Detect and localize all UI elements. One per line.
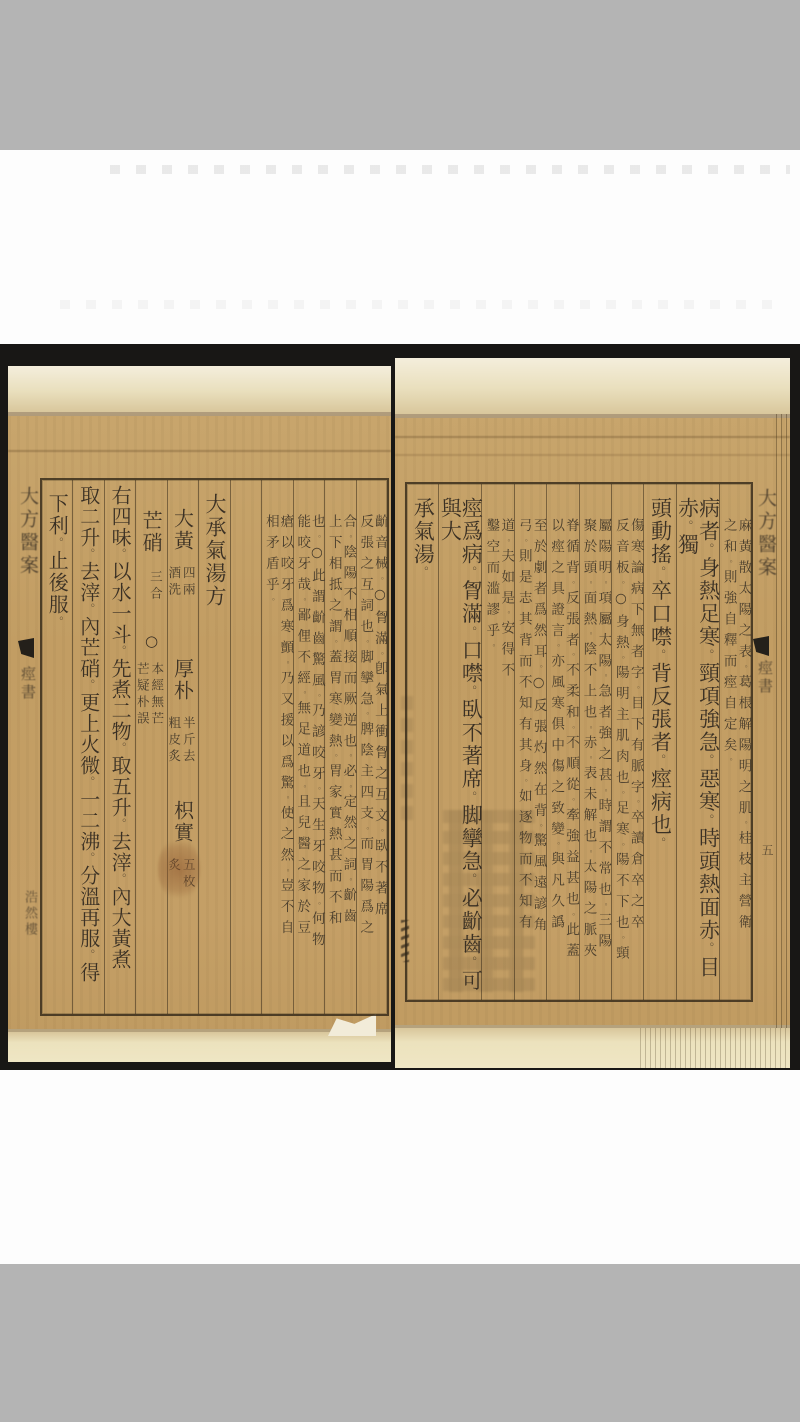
fold-publisher: 浩然樓 xyxy=(20,890,39,938)
fold-page-number: 五 xyxy=(759,844,776,856)
text-column: 頭動搖。卒口噤。背反張者。痙病也。 xyxy=(643,484,675,1000)
commentary-text: 相矛盾乎。 xyxy=(263,514,277,1014)
commentary-text: 瘡以咬牙爲寒顫。乃又援以爲驚。使之然。豈不自 xyxy=(278,514,292,1014)
formula-title: 大承氣湯方 xyxy=(204,493,225,1014)
drug-note: 粗皮炙 xyxy=(167,716,180,766)
text-column: 屬陽明。項屬太陽。急者強之甚。時謂不常也。三陽 聚於頭。面熱。陰不上也。赤。表未… xyxy=(579,484,611,1000)
circle-separator: ○ xyxy=(143,632,161,650)
canon-text: 承氣湯。 xyxy=(412,497,433,1000)
drug-dose: 半斤去 xyxy=(182,716,195,766)
commentary-text: 道。夫如是。安得不 xyxy=(499,518,513,1000)
commentary-text: 上下相抵之謂。蓋胃寒變熱。胃家實熱甚而不和 xyxy=(326,514,340,1014)
dose-note: 半斤去 粗皮炙 xyxy=(166,716,195,766)
scan-artifact-dashes xyxy=(110,165,790,174)
commentary-text: 傷寒論病下無者字。目下有脈字。卒讀倉卒之卒 xyxy=(628,518,642,1000)
drug-name: 大黃 xyxy=(169,508,198,552)
commentary-text: 麻黃散太陽之表。葛根解陽明之肌。桂枝主營衛 xyxy=(736,518,750,1000)
canon-text: 頭動搖。卒口噤。背反張者。痙病也。 xyxy=(649,497,670,1000)
text-frame-left: 齘音械。○胷滿。卽氣上衝胷之互文。臥不著席 反張之互詞也。脚攣急。脾陰主四支。而… xyxy=(40,478,389,1016)
canon-text: 病者。身熱足寒。頸項強急。惡寒。時頭熱面赤。目赤。獨 xyxy=(677,497,719,1000)
drug-dose: 三合 xyxy=(149,570,162,603)
commentary-text: 弓。則是志其背而不知有其身。如逐物而不知有 xyxy=(516,518,530,1000)
ingredient-column: 大黃 四兩 酒洗 厚朴 半斤去 粗皮炙 枳實 五枚 炙 xyxy=(167,480,198,1014)
drug-dose: 四兩 xyxy=(182,566,195,599)
dose-note: 四兩 酒洗 xyxy=(166,566,195,599)
commentary-text: 反張之互詞也。脚攣急。脾陰主四支。而胃陽爲之 xyxy=(358,514,372,1014)
text-column: 也。○此謂齘齒驚風。乃諺咬牙。天生牙咬物。何物 能咬牙哉。鄙俚不經。無足道也。且… xyxy=(293,480,324,1014)
commentary-text: 之和。則強自釋而痙自定矣。 xyxy=(721,518,735,1000)
text-column: 病者。身熱足寒。頸項強急。惡寒。時頭熱面赤。目赤。獨 xyxy=(676,484,719,1000)
text-column: 麻黃散太陽之表。葛根解陽明之肌。桂枝主營衛 之和。則強自釋而痙自定矣。 xyxy=(719,484,751,1000)
ink-stain xyxy=(158,836,200,902)
text-column: 取二升。去滓。內芒硝。更上火微。一二沸。分溫再服。得 xyxy=(72,480,103,1014)
paper-crease xyxy=(395,436,790,438)
page-edge-top xyxy=(395,358,790,418)
text-column: 瘡以咬牙爲寒顫。乃又援以爲驚。使之然。豈不自 相矛盾乎。 xyxy=(261,480,292,1014)
text-column: 下利。止後服。 xyxy=(42,480,72,1014)
commentary-text: 合。陰陽不相順接而厥逆也。必。定然之詞。齘齒 xyxy=(341,514,355,1014)
text-column: 傷寒論病下無者字。目下有脈字。卒讀倉卒之卒 反音板。○身熱。陽明主肌肉也。足寒。… xyxy=(611,484,643,1000)
commentary-text: 至於劇者爲然耳。○反張灼然在背。驚風遠諺角 xyxy=(531,518,545,1000)
instruction-text: 下利。止後服。 xyxy=(47,493,67,1014)
instruction-text: 右四味。以水一斗。先煮二物。取五升。去滓。內大黃煮 xyxy=(110,485,130,1014)
commentary-text: 齘音械。○胷滿。卽氣上衝胷之互文。臥不著席 xyxy=(372,514,386,1014)
commentary-text: 反音板。○身熱。陽明主肌肉也。足寒。陽不下也。頸 xyxy=(613,518,627,1000)
drug-name: 芒硝 xyxy=(137,510,166,554)
text-column: 至於劇者爲然耳。○反張灼然在背。驚風遠諺角 弓。則是志其背而不知有其身。如逐物而… xyxy=(514,484,546,1000)
text-column: 痙爲病。胷滿。口噤。臥不著席。脚攣急。必齘齒。可與大 xyxy=(438,484,481,1000)
ink-wedge-mark xyxy=(18,638,34,658)
text-column: 合。陰陽不相順接而厥逆也。必。定然之詞。齘齒 上下相抵之謂。蓋胃寒變熱。胃家實熱… xyxy=(324,480,355,1014)
paper-crease xyxy=(8,450,391,452)
empty-column xyxy=(230,480,261,1014)
text-column: 齘音械。○胷滿。卽氣上衝胷之互文。臥不著席 反張之互詞也。脚攣急。脾陰主四支。而… xyxy=(356,480,387,1014)
text-frame-right: 麻黃散太陽之表。葛根解陽明之肌。桂枝主營衛 之和。則強自釋而痙自定矣。 病者。身… xyxy=(405,482,753,1002)
commentary-text: 屬陽明。項屬太陽。急者強之甚。時謂不常也。三陽 xyxy=(596,518,610,1000)
instruction-text: 取二升。去滓。內芒硝。更上火微。一二沸。分溫再服。得 xyxy=(79,485,99,1014)
text-column: 道。夫如是。安得不 鑿空而滥謬乎。 xyxy=(481,484,513,1000)
page-left: 大方醫案 痙書 浩然樓 齘音械。○胷滿。卽氣上衝胷之互文。臥不著席 反張之互詞也… xyxy=(8,366,391,1062)
fold-book-title: 痙書 xyxy=(18,666,39,702)
commentary-text: 能咬牙哉。鄙俚不經。無足道也。且兒醫之家於豆 xyxy=(295,514,309,1014)
commentary-text: 以痙之具證言。亦風寒俱中傷之致變。與凡久譌 xyxy=(549,518,563,1000)
paper-crease xyxy=(395,454,790,456)
text-column: 脊循背。反張者。不柔和。不順從。牽強益甚也。此蓋 以痙之具證言。亦風寒俱中傷之致… xyxy=(546,484,578,1000)
ingredient-column: 芒硝 三合 ○ 本經無芒 芒疑朴誤 xyxy=(135,480,166,1014)
fold-shelf-title: 大方醫案 xyxy=(753,488,780,580)
note-text: 本經無芒 xyxy=(150,662,163,728)
scan-artifact-dashes xyxy=(60,300,780,309)
fold-shelf-title: 大方醫案 xyxy=(15,486,42,578)
fold-strip-right: 大方醫案 痙書 五 xyxy=(751,358,781,1068)
ink-wedge-mark xyxy=(753,636,769,656)
text-column: 右四味。以水一斗。先煮二物。取五升。去滓。內大黃煮 xyxy=(104,480,135,1014)
text-column: 承氣湯。 xyxy=(407,484,438,1000)
commentary-text: 聚於頭。面熱。陰不上也。赤。表未解也。太陽之脈夾 xyxy=(581,518,595,1000)
page-right: 麻黃散太陽之表。葛根解陽明之肌。桂枝主營衛 之和。則強自釋而痙自定矣。 病者。身… xyxy=(395,358,790,1068)
formula-title-column: 大承氣湯方 xyxy=(198,480,229,1014)
page-edge-top xyxy=(8,366,391,416)
canon-text: 痙爲病。胷滿。口噤。臥不著席。脚攣急。必齘齒。可與大 xyxy=(439,497,481,1000)
fold-strip-left: 大方醫案 痙書 浩然樓 xyxy=(12,366,40,1062)
commentary-text: 鑿空而滥謬乎。 xyxy=(484,518,498,1000)
book-scan-viewer: 大方醫案 痙書 浩然樓 齘音械。○胷滿。卽氣上衝胷之互文。臥不著席 反張之互詞也… xyxy=(0,0,800,1422)
note-text: 芒疑朴誤 xyxy=(136,662,149,728)
commentary-text: 也。○此謂齘齒驚風。乃諺咬牙。天生牙咬物。何物 xyxy=(309,514,323,1014)
drug-name: 厚朴 xyxy=(169,658,198,702)
textual-note: 本經無芒 芒疑朴誤 xyxy=(135,662,164,728)
drug-note: 酒洗 xyxy=(167,566,180,599)
fold-book-title: 痙書 xyxy=(755,660,776,696)
commentary-text: 脊循背。反張者。不柔和。不順從。牽強益甚也。此蓋 xyxy=(564,518,578,1000)
